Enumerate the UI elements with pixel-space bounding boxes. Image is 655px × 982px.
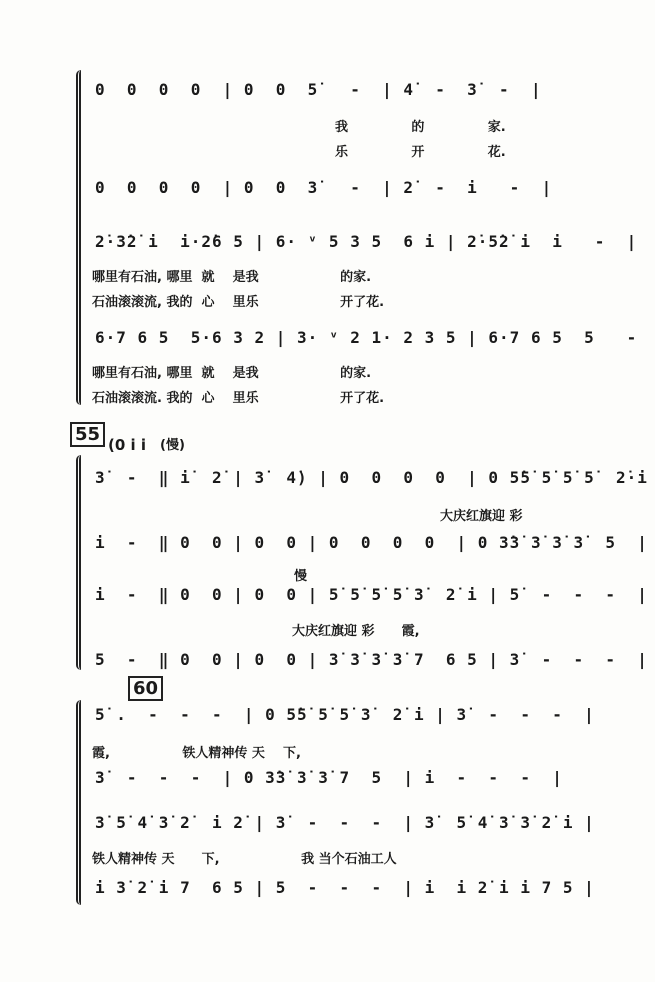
jianpu-score-page: 0 0 0 0 | 0 0 5̇ - | 4̇ - 3̇ - | 我 的 家. …: [0, 0, 655, 982]
system-1-brace: [76, 70, 81, 405]
system-1-tenor-lyric-a: 哪里有石油, 哪里 就 是我 的家.: [92, 362, 371, 381]
rehearsal-mark-60: 60: [128, 676, 163, 701]
system-3-soprano-lyric: 霞, 铁人精神传 天 下,: [92, 742, 301, 761]
system-1-soprano-2: 0 0 0 0 | 0 0 3̇ - | 2̇ - i - |: [95, 178, 552, 197]
system-2-tempo-slow: 慢: [294, 565, 307, 584]
system-2-soprano-2: i - ‖ 0 0 | 0 0 | 0 0 0 0 | 0 3̇3̇ 3̇ 3̇…: [95, 533, 648, 552]
system-3-brace: [76, 700, 81, 905]
system-2-brace: [76, 455, 81, 670]
rehearsal-mark-55: 55: [70, 422, 105, 447]
system-1-alto-lyric-b: 石油滚滚流, 我的 心 里乐 开了花.: [92, 291, 384, 310]
system-2-alto: i - ‖ 0 0 | 0 0 | 5̇ 5̇ 5̇ 5̇ 3̇ 2̇ i | …: [95, 585, 648, 604]
system-1-alto-lyric-a: 哪里有石油, 哪里 就 是我 的家.: [92, 266, 371, 285]
system-1-lyric-a: 我 的 家.: [335, 116, 506, 135]
system-3-alto-lyric: 铁人精神传 天 下, 我 当个石油工人: [92, 848, 397, 867]
system-2-alto-lyric: 大庆红旗迎 彩 霞,: [292, 620, 420, 639]
system-1-soprano-1: 0 0 0 0 | 0 0 5̇ - | 4̇ - 3̇ - |: [95, 80, 542, 99]
system-1-alto: 2̇·3̇2̇ i i·2̇6 5 | 6· ᵛ 5 3 5 6 i | 2̇·…: [95, 232, 637, 251]
system-1-tenor-lyric-b: 石油滚滚流. 我的 心 里乐 开了花.: [92, 387, 384, 406]
system-3-tenor: i 3̇ 2̇ i 7 6 5 | 5 - - - | i i 2̇ i i 7…: [95, 878, 595, 897]
system-3-soprano-1: 5̇ . - - - | 0 5̇5̇ 5̇ 5̇ 3̇ 2̇ i | 3̇ -…: [95, 705, 595, 724]
intro-text: (0 i i: [108, 436, 146, 454]
system-1-tenor: 6·7 6 5 5·6 3 2 | 3· ᵛ 2 1· 2 3 5 | 6·7 …: [95, 328, 655, 347]
system-3-soprano-2: 3̇ - - - | 0 3̇3̇ 3̇ 3̇ 7 5 | i - - - |: [95, 768, 563, 787]
system-2-soprano-1: 3̇ - ‖ i̇ 2̇ | 3̇ 4̇) | 0 0 0 0 | 0 5̇5̇…: [95, 468, 655, 487]
tempo-marking-slow: (慢): [160, 434, 185, 453]
system-2-soprano-lyric: 大庆红旗迎 彩: [440, 505, 523, 524]
system-1-lyric-b: 乐 开 花.: [335, 141, 506, 160]
system-2-tenor: 5 - ‖ 0 0 | 0 0 | 3̇ 3̇ 3̇ 3̇ 7 6 5 | 3̇…: [95, 650, 648, 669]
system-3-alto: 3̇ 5̇ 4̇ 3̇ 2̇ i 2̇ | 3̇ - - - | 3̇ 5̇ 4…: [95, 813, 595, 832]
